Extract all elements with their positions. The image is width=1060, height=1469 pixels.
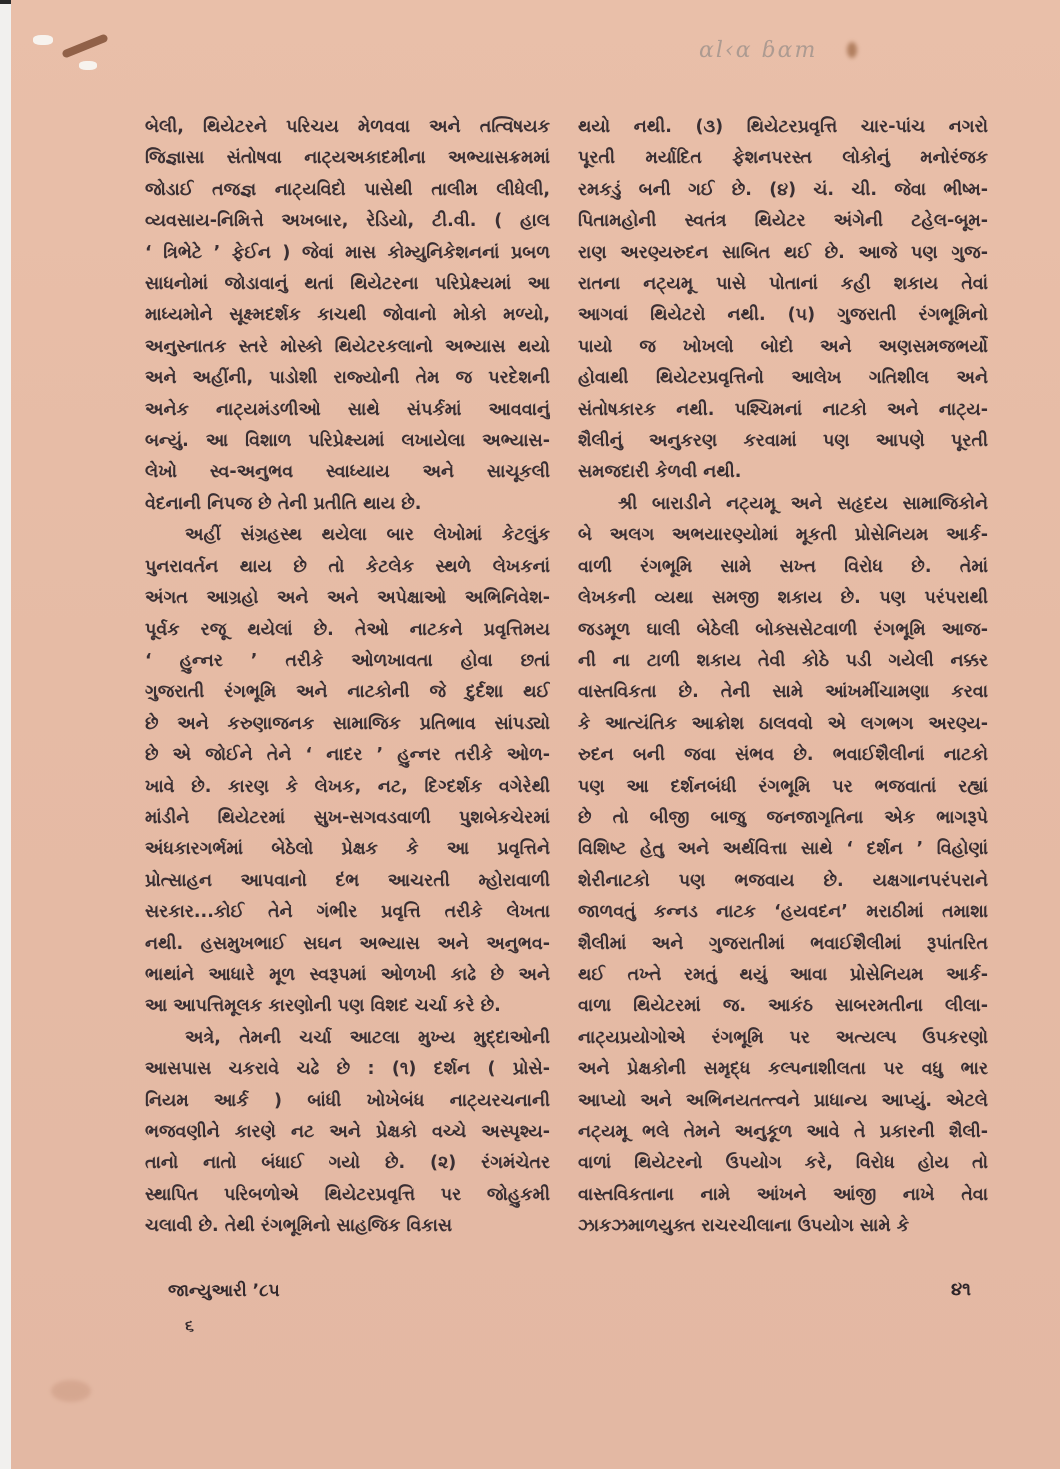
left-text-column: બેલી, થિયેટરને પરિચય મેળવવા અને તત્વિષયક… [145, 112, 550, 1243]
text-line: રાતના નટ્યમૂ પાસે પોતાનાં કહી શકાય તેવાં [578, 269, 988, 300]
text-line: વાળી રંગભૂમિ સામે સખ્ત વિરોધ છે. તેમાં [578, 552, 988, 583]
text-line: થયો નથી. (૩) થિયેટરપ્રવૃત્તિ ચાર-પાંચ નગ… [578, 112, 988, 143]
text-line: રુદન બની જવા સંભવ છે. ભવાઈશૈલીનાં નાટકો [578, 740, 988, 771]
text-line: સરકાર...કોઈ તેને ગંભીર પ્રવૃત્તિ તરીકે લ… [145, 897, 550, 928]
text-line: ખાવે છે. કારણ કે લેખક, નટ, દિગ્દર્શક વગે… [145, 772, 550, 803]
paragraph: શ્રી બારાડીને નટ્યમૂ અને સહૃદય સામાજિકોન… [578, 489, 988, 1243]
text-line: વ્યવસાય-નિમિત્તે અખબાર, રેડિયો, ટી.વી. (… [145, 206, 550, 237]
text-line: છે અને કરુણાજનક સામાજિક પ્રતિભાવ સાંપડ્ય… [145, 709, 550, 740]
text-line: પાયો જ ખોખલો બોદો અને અણસમજભર્યો [578, 332, 988, 363]
page-number: ૪૧ [951, 1279, 971, 1300]
text-line: પિતામહોની સ્વતંત્ર થિયેટર અંગેની ટહેલ-બૂ… [578, 206, 988, 237]
text-line: ‘ ત્રિભેટે ’ ફેઈન ) જેવાં માસ કોમ્યુનિકે… [145, 238, 550, 269]
scan-edge-strip [0, 0, 11, 1469]
text-line: છે એ જોઈને તેને ‘ નાદર ’ હુન્નર તરીકે ઓળ… [145, 740, 550, 771]
text-line: ‘ હુન્નર ’ તરીકે ઓળખાવતા હોવા છતાં [145, 646, 550, 677]
paragraph: બેલી, થિયેટરને પરિચય મેળવવા અને તત્વિષયક… [145, 112, 550, 520]
text-line: અને અહીંની, પાડોશી રાજ્યોની તેમ જ પરદેશન… [145, 363, 550, 394]
text-line: વાળાં થિયેટરનો ઉપયોગ કરે, વિરોધ હોય તો [578, 1148, 988, 1179]
text-line: પુનરાવર્તન થાય છે તો કેટલેક સ્થળે લેખકના… [145, 552, 550, 583]
text-line: છે તો બીજી બાજુ જનજાગૃતિના એક ભાગરૂપે [578, 803, 988, 834]
text-line: કે આત્યંતિક આક્રોશ ઠાલવવો એ લગભગ અરણ્ય- [578, 709, 988, 740]
text-line: સાધનોમાં જોડાવાનું થતાં થિયેટરના પરિપ્રે… [145, 269, 550, 300]
paper-stain [51, 1380, 91, 1402]
text-line: હોવાથી થિયેટરપ્રવૃત્તિનો આલેખ ગતિશીલ અને [578, 363, 988, 394]
issue-month-year: જાન્યુઆરી ’૮૫ [168, 1281, 280, 1301]
text-line: અને પ્રેક્ષકોની સમૃદ્ધ કલ્પનાશીલતા પર વધ… [578, 1054, 988, 1085]
handwritten-pencil-note: ɑl‹ɑ ɓɑm [699, 38, 817, 63]
text-line: શ્રી બારાડીને નટ્યમૂ અને સહૃદય સામાજિકોન… [578, 489, 988, 520]
text-line: અનુસ્નાતક સ્તરે મોસ્કો થિયેટરકલાનો અભ્યા… [145, 332, 550, 363]
paper-chip-mark [33, 35, 53, 45]
text-line: આપ્યો અને અભિનયતત્ત્વને પ્રાધાન્ય આપ્યું… [578, 1086, 988, 1117]
text-line: ની ના ટાળી શકાય તેવી કોઠે પડી ગયેલી નક્ક… [578, 646, 988, 677]
text-line: સંતોષકારક નથી. પશ્ચિમનાં નાટકો અને નાટ્ય… [578, 395, 988, 426]
text-line: શેરીનાટકો પણ ભજવાય છે. યક્ષગાનપરંપરાને [578, 866, 988, 897]
text-line: ભજવણીને કારણે નટ અને પ્રેક્ષકો વચ્ચે અસ્… [145, 1117, 550, 1148]
text-line: પ્રોત્સાહન આપવાનો દંભ આચરતી મ્હોરાવાળી [145, 866, 550, 897]
text-line: નટ્યમૂ ભલે તેમને અનુકૂળ આવે તે પ્રકારની … [578, 1117, 988, 1148]
text-line: સ્થાપિત પરિબળોએ થિયેટરપ્રવૃત્તિ પર જોહુક… [145, 1180, 550, 1211]
text-line: આગવાં થિયેટરો નથી. (૫) ગુજરાતી રંગભૂમિનો [578, 300, 988, 331]
text-line: બેલી, થિયેટરને પરિચય મેળવવા અને તત્વિષયક [145, 112, 550, 143]
text-line: પૂર્વક રજૂ થયેલાં છે. તેઓ નાટકને પ્રવૃત્… [145, 615, 550, 646]
text-line: પૂરતી મર્યાદિત ફેશનપરસ્ત લોકોનું મનોરંજક [578, 143, 988, 174]
text-line: જિજ્ઞાસા સંતોષવા નાટ્યઅકાદમીના અભ્યાસક્ર… [145, 143, 550, 174]
text-line: જડમૂળ ઘાલી બેઠેલી બોક્સસેટવાળી રંગભૂમિ આ… [578, 615, 988, 646]
text-line: જોડાઈ તજજ્ઞ નાટ્યવિદો પાસેથી તાલીમ લીધેલ… [145, 175, 550, 206]
text-line: પણ આ દર્શનબંધી રંગભૂમિ પર ભજવાતાં રહ્યાં [578, 772, 988, 803]
text-line: બન્યું. આ વિશાળ પરિપ્રેક્ષ્યમાં લખાયેલા … [145, 426, 550, 457]
text-line: સમજદારી કેળવી નથી. [578, 457, 988, 488]
text-line: અંધકારગર્ભમાં બેઠેલો પ્રેક્ષક કે આ પ્રવૃ… [145, 834, 550, 865]
text-line: જાળવતું કન્નડ નાટક ‘હયવદન’ મરાઠીમાં તમાશ… [578, 897, 988, 928]
text-line: વાળા થિયેટરમાં જ. આકંઠ સાબરમતીના લીલા- [578, 991, 988, 1022]
text-line: વાસ્તવિકતા છે. તેની સામે આંખમીંચામણા કરવ… [578, 677, 988, 708]
text-line: શૈલીમાં અને ગુજરાતીમાં ભવાઈશૈલીમાં રૂપાં… [578, 929, 988, 960]
issue-number: ૬ [185, 1316, 194, 1336]
text-line: ભાથાંને આધારે મૂળ સ્વરૂપમાં ઓળખી કાઢે છે… [145, 960, 550, 991]
text-line: બે અલગ અભયારણ્યોમાં મૂકતી પ્રોસેનિયમ આર્… [578, 520, 988, 551]
text-line: આસપાસ ચકરાવે ચઢે છે : (૧) દર્શન ( પ્રોસે… [145, 1054, 550, 1085]
text-line: ઝાકઝમાળયુક્ત રાચરચીલાના ઉપયોગ સામે કે [578, 1211, 988, 1242]
text-line: અનેક નાટ્યમંડળીઓ સાથે સંપર્કમાં આવવાનું [145, 395, 550, 426]
text-line: રમકડું બની ગઈ છે. (૪) ચં. ચી. જેવા ભીષ્મ… [578, 175, 988, 206]
right-text-column: થયો નથી. (૩) થિયેટરપ્રવૃત્તિ ચાર-પાંચ નગ… [578, 112, 988, 1243]
text-line: નથી. હસમુખભાઈ સઘન અભ્યાસ અને અનુભવ- [145, 929, 550, 960]
text-line: વેદનાની નિપજ છે તેની પ્રતીતિ થાય છે. [145, 489, 550, 520]
text-line: અહીં સંગ્રહસ્થ થયેલા બાર લેખોમાં કેટલુંક [145, 520, 550, 551]
text-line: નાટ્યપ્રયોગોએ રંગભૂમિ પર અત્યલ્પ ઉપકરણો [578, 1023, 988, 1054]
text-line: વાસ્તવિકતાના નામે આંખને આંજી નાખે તેવા [578, 1180, 988, 1211]
text-line: નિયમ આર્ક ) બાંધી ખોખેબંધ નાટ્યરચનાની [145, 1086, 550, 1117]
ink-stain [847, 42, 857, 58]
paper-chip-mark [79, 61, 97, 70]
text-line: માંડીને થિયેટરમાં સુખ-સગવડવાળી પુશબેકચેર… [145, 803, 550, 834]
paragraph: થયો નથી. (૩) થિયેટરપ્રવૃત્તિ ચાર-પાંચ નગ… [578, 112, 988, 489]
text-line: શૈલીનું અનુકરણ કરવામાં પણ આપણે પૂરતી [578, 426, 988, 457]
text-line: માધ્યમોને સૂક્ષ્મદર્શક કાચથી જોવાનો મોકો… [145, 300, 550, 331]
paragraph: અત્રે, તેમની ચર્ચા આટલા મુખ્ય મુદ્દાઓનીઆ… [145, 1023, 550, 1243]
text-line: આ આપત્તિમૂલક કારણોની પણ વિશદ ચર્ચા કરે છ… [145, 991, 550, 1022]
text-line: વિશિષ્ટ હેતુ અને અર્થવિત્તા સાથે ‘ દર્શન… [578, 834, 988, 865]
text-line: તાનો નાતો બંધાઈ ગયો છે. (૨) રંગમંચેતર [145, 1148, 550, 1179]
text-line: રાણ અરણ્યરુદન સાબિત થઈ છે. આજે પણ ગુજ- [578, 238, 988, 269]
text-line: ગુજરાતી રંગભૂમિ અને નાટકોની જે દુર્દશા થ… [145, 677, 550, 708]
text-line: લેખો સ્વ-અનુભવ સ્વાધ્યાય અને સાચૂકલી [145, 457, 550, 488]
text-line: થઈ તખ્તે રમતું થયું આવા પ્રોસેનિયમ આર્ક- [578, 960, 988, 991]
text-line: લેખકની વ્યથા સમજી શકાય છે. પણ પરંપરાથી [578, 583, 988, 614]
paragraph: અહીં સંગ્રહસ્થ થયેલા બાર લેખોમાં કેટલુંક… [145, 520, 550, 1023]
text-line: અંગત આગ્રહો અને અને અપેક્ષાઓ અભિનિવેશ- [145, 583, 550, 614]
text-line: અત્રે, તેમની ચર્ચા આટલા મુખ્ય મુદ્દાઓની [145, 1023, 550, 1054]
paper-tear-mark [61, 33, 109, 58]
text-line: ચલાવી છે. તેથી રંગભૂમિનો સાહજિક વિકાસ [145, 1211, 550, 1242]
